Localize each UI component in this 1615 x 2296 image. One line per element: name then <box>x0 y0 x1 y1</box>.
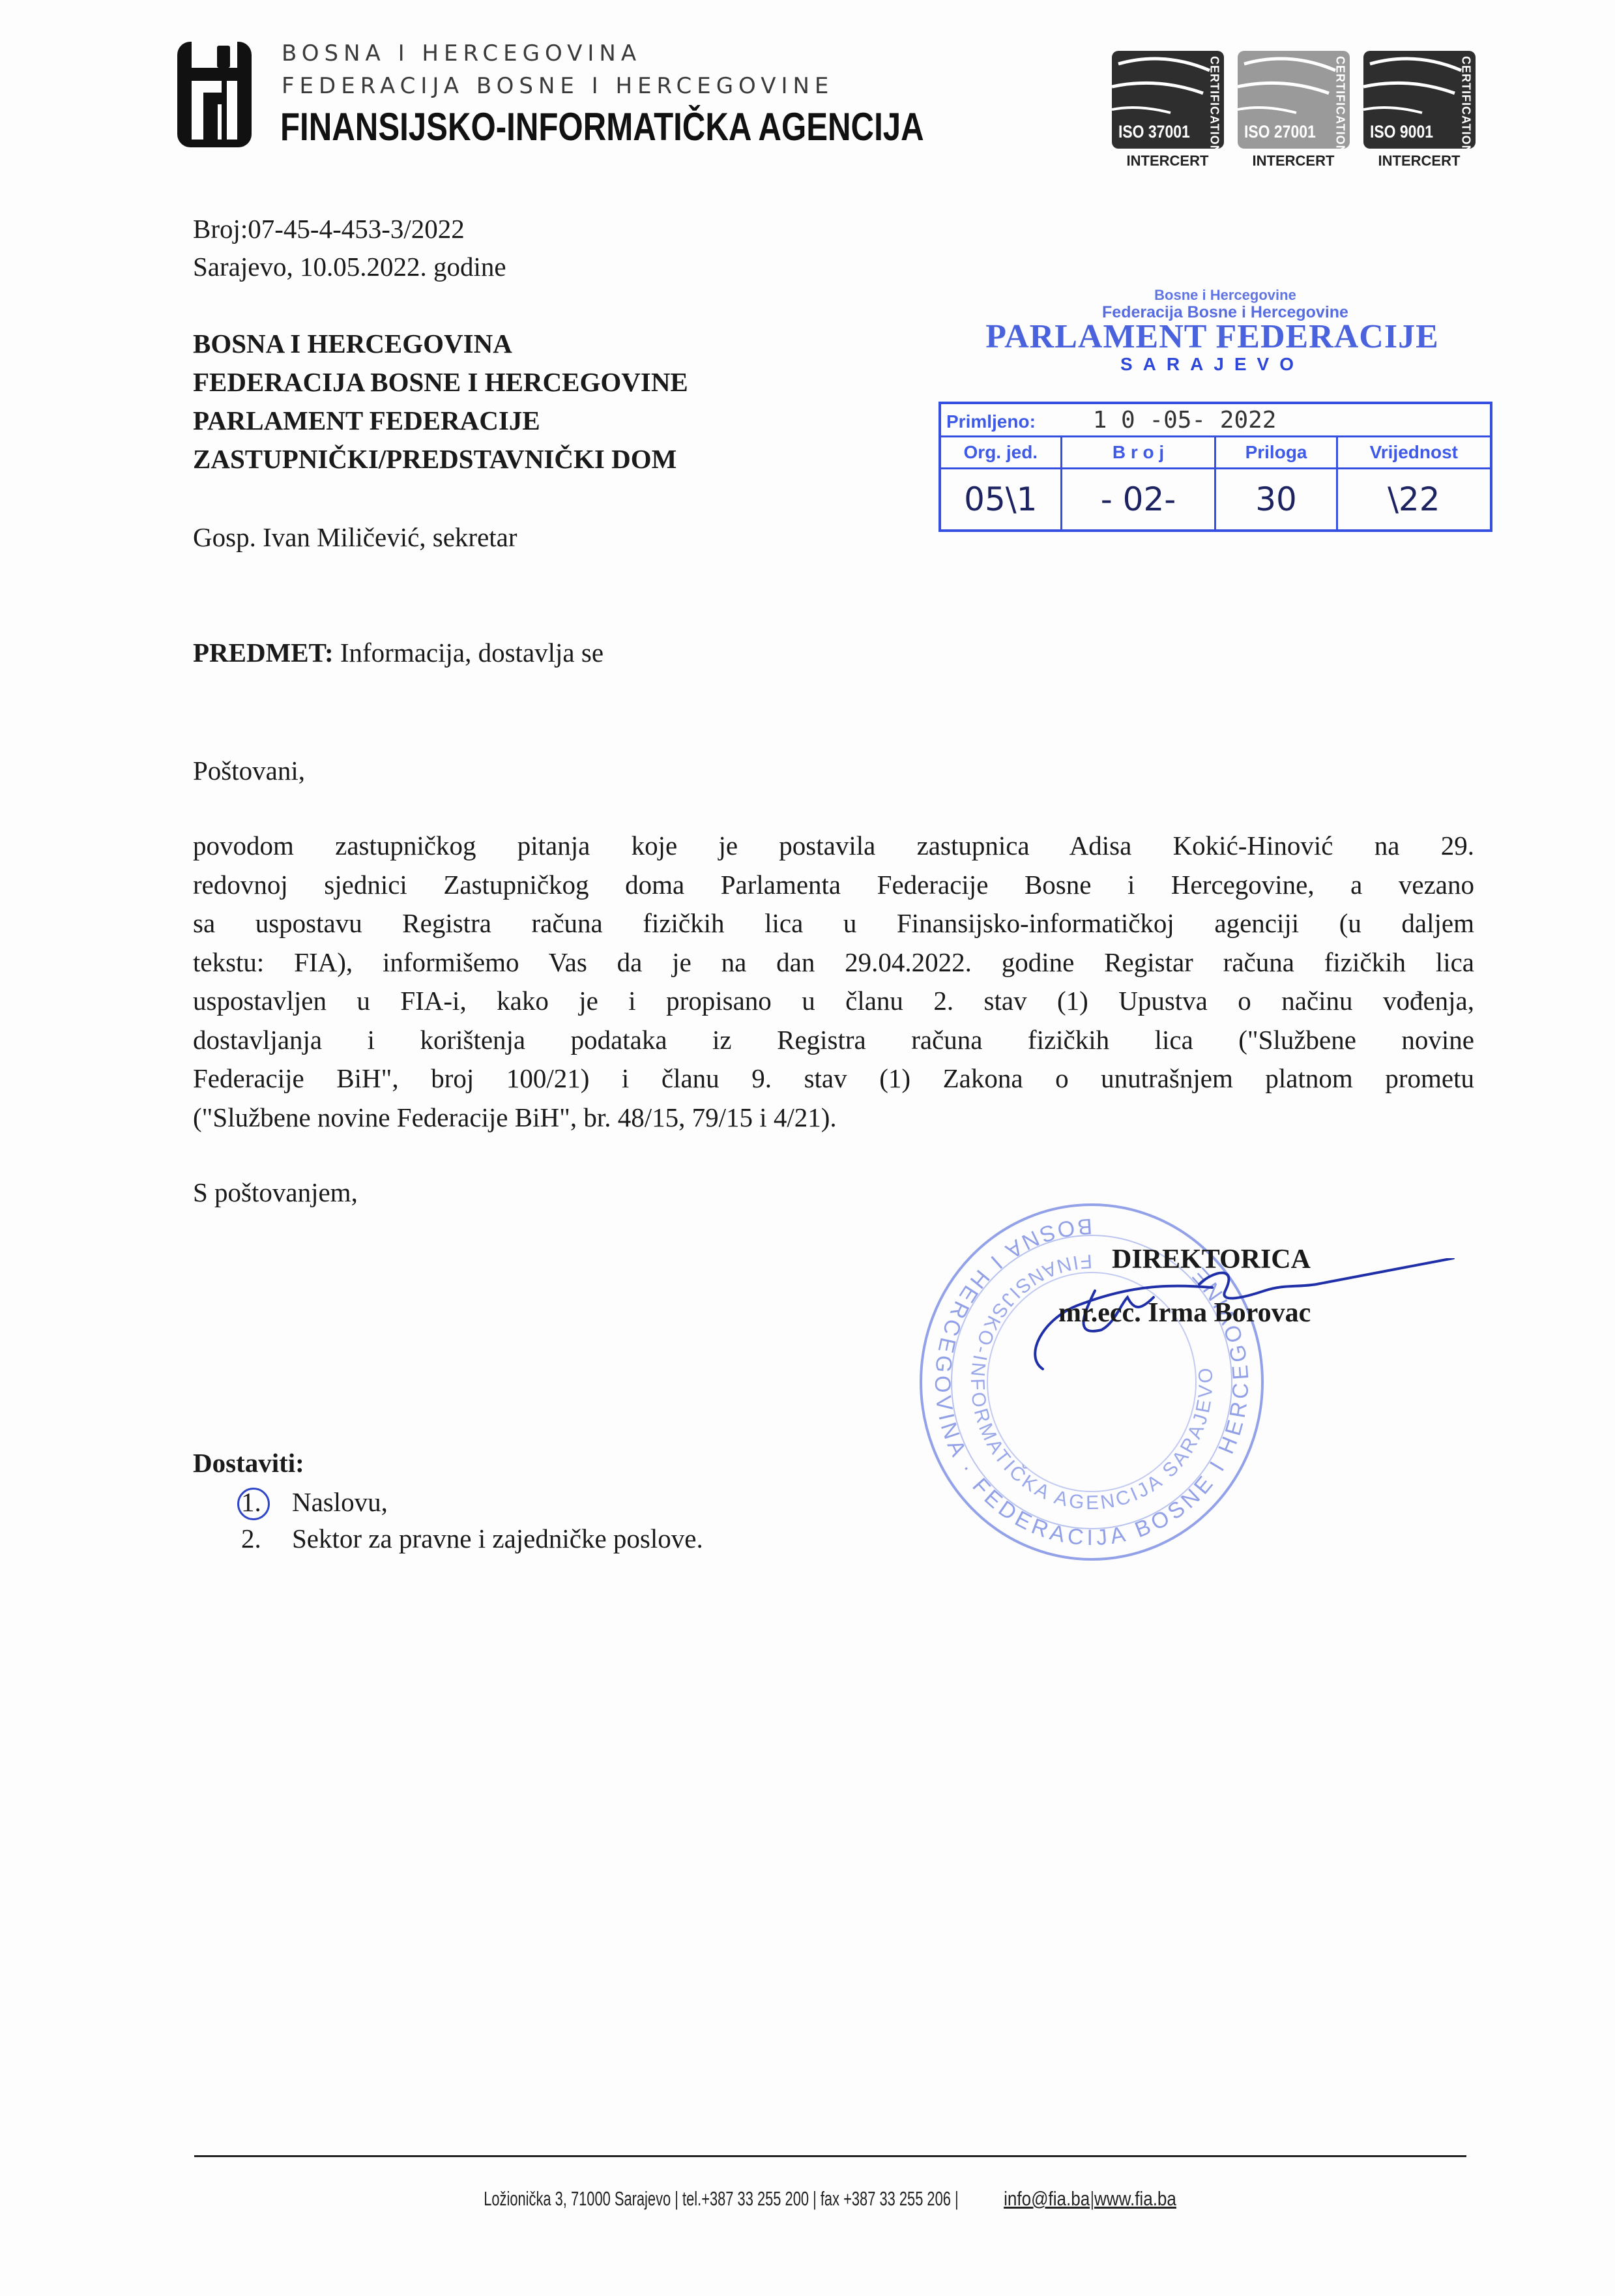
stamp-table: Primljeno: 1 0 -05- 2022 Org. jed. B r o… <box>938 402 1492 532</box>
closing: S poštovanjem, <box>193 1173 358 1211</box>
cert-logo-icon: CERTIFICATION ISO 9001 <box>1363 51 1476 149</box>
distribution-title: Dostaviti: <box>193 1447 304 1479</box>
list-text: Naslovu, <box>292 1484 388 1520</box>
recipient-line: BOSNA I HERCEGOVINA <box>193 325 688 363</box>
stamp-header: Vrijednost <box>1337 437 1491 469</box>
footer-website-link[interactable]: www.fia.ba <box>1094 2187 1176 2210</box>
body-line: uspostavljen u FIA-i, kako je i propisan… <box>193 982 1474 1021</box>
received-date: 1 0 -05- 2022 <box>1093 407 1277 434</box>
footer-divider <box>194 2155 1466 2157</box>
subject-line: PREDMET: Informacija, dostavlja se <box>193 634 604 671</box>
body-line: tekstu: FIA), informišemo Vas da je na d… <box>193 943 1474 982</box>
body-line: povodom zastupničkog pitanja koje je pos… <box>193 827 1474 866</box>
subject-label: PREDMET: <box>193 638 334 668</box>
cert-logo-icon: CERTIFICATION ISO 27001 <box>1238 51 1350 149</box>
list-text: Sektor za pravne i zajedničke poslove. <box>292 1520 703 1557</box>
distribution-list: 1. Naslovu, 2. Sektor za pravne i zajedn… <box>241 1484 703 1557</box>
fia-logo-icon <box>176 40 253 149</box>
certification-badge: CERTIFICATION ISO 9001 INTERCERT <box>1360 51 1479 169</box>
recipient-line: PARLAMENT FEDERACIJE <box>193 402 688 440</box>
reference-number: Broj:07-45-4-453-3/2022 <box>193 210 465 248</box>
recipient-line: FEDERACIJA BOSNE I HERCEGOVINE <box>193 363 688 402</box>
footer-email-link[interactable]: info@fia.ba <box>1004 2187 1090 2210</box>
place-date: Sarajevo, 10.05.2022. godine <box>193 248 506 286</box>
stamp-city: SARAJEVO <box>932 353 1492 375</box>
footer: Ložionička 3, 71000 Sarajevo | tel.+387 … <box>0 2187 1615 2211</box>
stamp-header: B r o j <box>1061 437 1215 469</box>
body-line: sa uspostavu Registra računa fizičkih li… <box>193 904 1474 943</box>
stamp-value: 05\1 <box>940 469 1061 531</box>
recipient-person: Gosp. Ivan Miličević, sekretar <box>193 518 517 556</box>
stamp-line: Bosne i Hercegovine <box>958 287 1492 304</box>
stamp-title: PARLAMENT FEDERACIJE <box>932 321 1492 353</box>
footer-address: Ložionička 3, 71000 Sarajevo | tel.+387 … <box>484 2187 958 2211</box>
letterhead-agency: FINANSIJSKO-INFORMATIČKA AGENCIJA <box>280 104 924 149</box>
signatory-name: mr.ecc. Irma Borovac <box>1058 1297 1311 1329</box>
greeting: Poštovani, <box>193 752 305 789</box>
stamp-value: 30 <box>1215 469 1337 531</box>
certification-badge: CERTIFICATION ISO 37001 INTERCERT <box>1108 51 1227 169</box>
subject-text: Informacija, dostavlja se <box>334 638 604 668</box>
certification-badges: CERTIFICATION ISO 37001 INTERCERT CERTIF… <box>1108 51 1479 169</box>
stamp-header: Priloga <box>1215 437 1337 469</box>
body-line: Federacije BiH", broj 100/21) i članu 9.… <box>193 1059 1474 1098</box>
body-paragraph: povodom zastupničkog pitanja koje je pos… <box>193 827 1474 1137</box>
list-item: 1. Naslovu, <box>241 1484 703 1520</box>
body-line: redovnoj sjednici Zastupničkog doma Parl… <box>193 866 1474 905</box>
handwritten-circle-icon <box>237 1488 270 1520</box>
stamp-value: \22 <box>1337 469 1491 531</box>
footer-separator: | <box>1090 2187 1094 2211</box>
cert-logo-icon: CERTIFICATION ISO 37001 <box>1112 51 1224 149</box>
certification-badge: CERTIFICATION ISO 27001 INTERCERT <box>1234 51 1353 169</box>
recipient-address: BOSNA I HERCEGOVINA FEDERACIJA BOSNE I H… <box>193 325 688 478</box>
list-item: 2. Sektor za pravne i zajedničke poslove… <box>241 1520 703 1557</box>
intercert-label: INTERCERT <box>1253 153 1335 169</box>
body-line: ("Službene novine Federacije BiH", br. 4… <box>193 1098 1474 1138</box>
stamp-value: - 02- <box>1061 469 1215 531</box>
body-line: dostavljanja i korištenja podataka iz Re… <box>193 1021 1474 1060</box>
stamp-header: Org. jed. <box>940 437 1061 469</box>
intercert-label: INTERCERT <box>1378 153 1461 169</box>
intercert-label: INTERCERT <box>1127 153 1209 169</box>
registry-stamp: Bosne i Hercegovine Federacija Bosne i H… <box>932 287 1492 375</box>
list-number: 2. <box>241 1523 261 1553</box>
recipient-line: ZASTUPNIČKI/PREDSTAVNIČKI DOM <box>193 440 688 478</box>
letterhead-federation: FEDERACIJA BOSNE I HERCEGOVINE <box>282 73 834 99</box>
letterhead-country: BOSNA I HERCEGOVINA <box>282 40 641 66</box>
received-label: Primljeno: <box>946 411 1036 432</box>
signatory-title: DIREKTORICA <box>1112 1244 1311 1275</box>
